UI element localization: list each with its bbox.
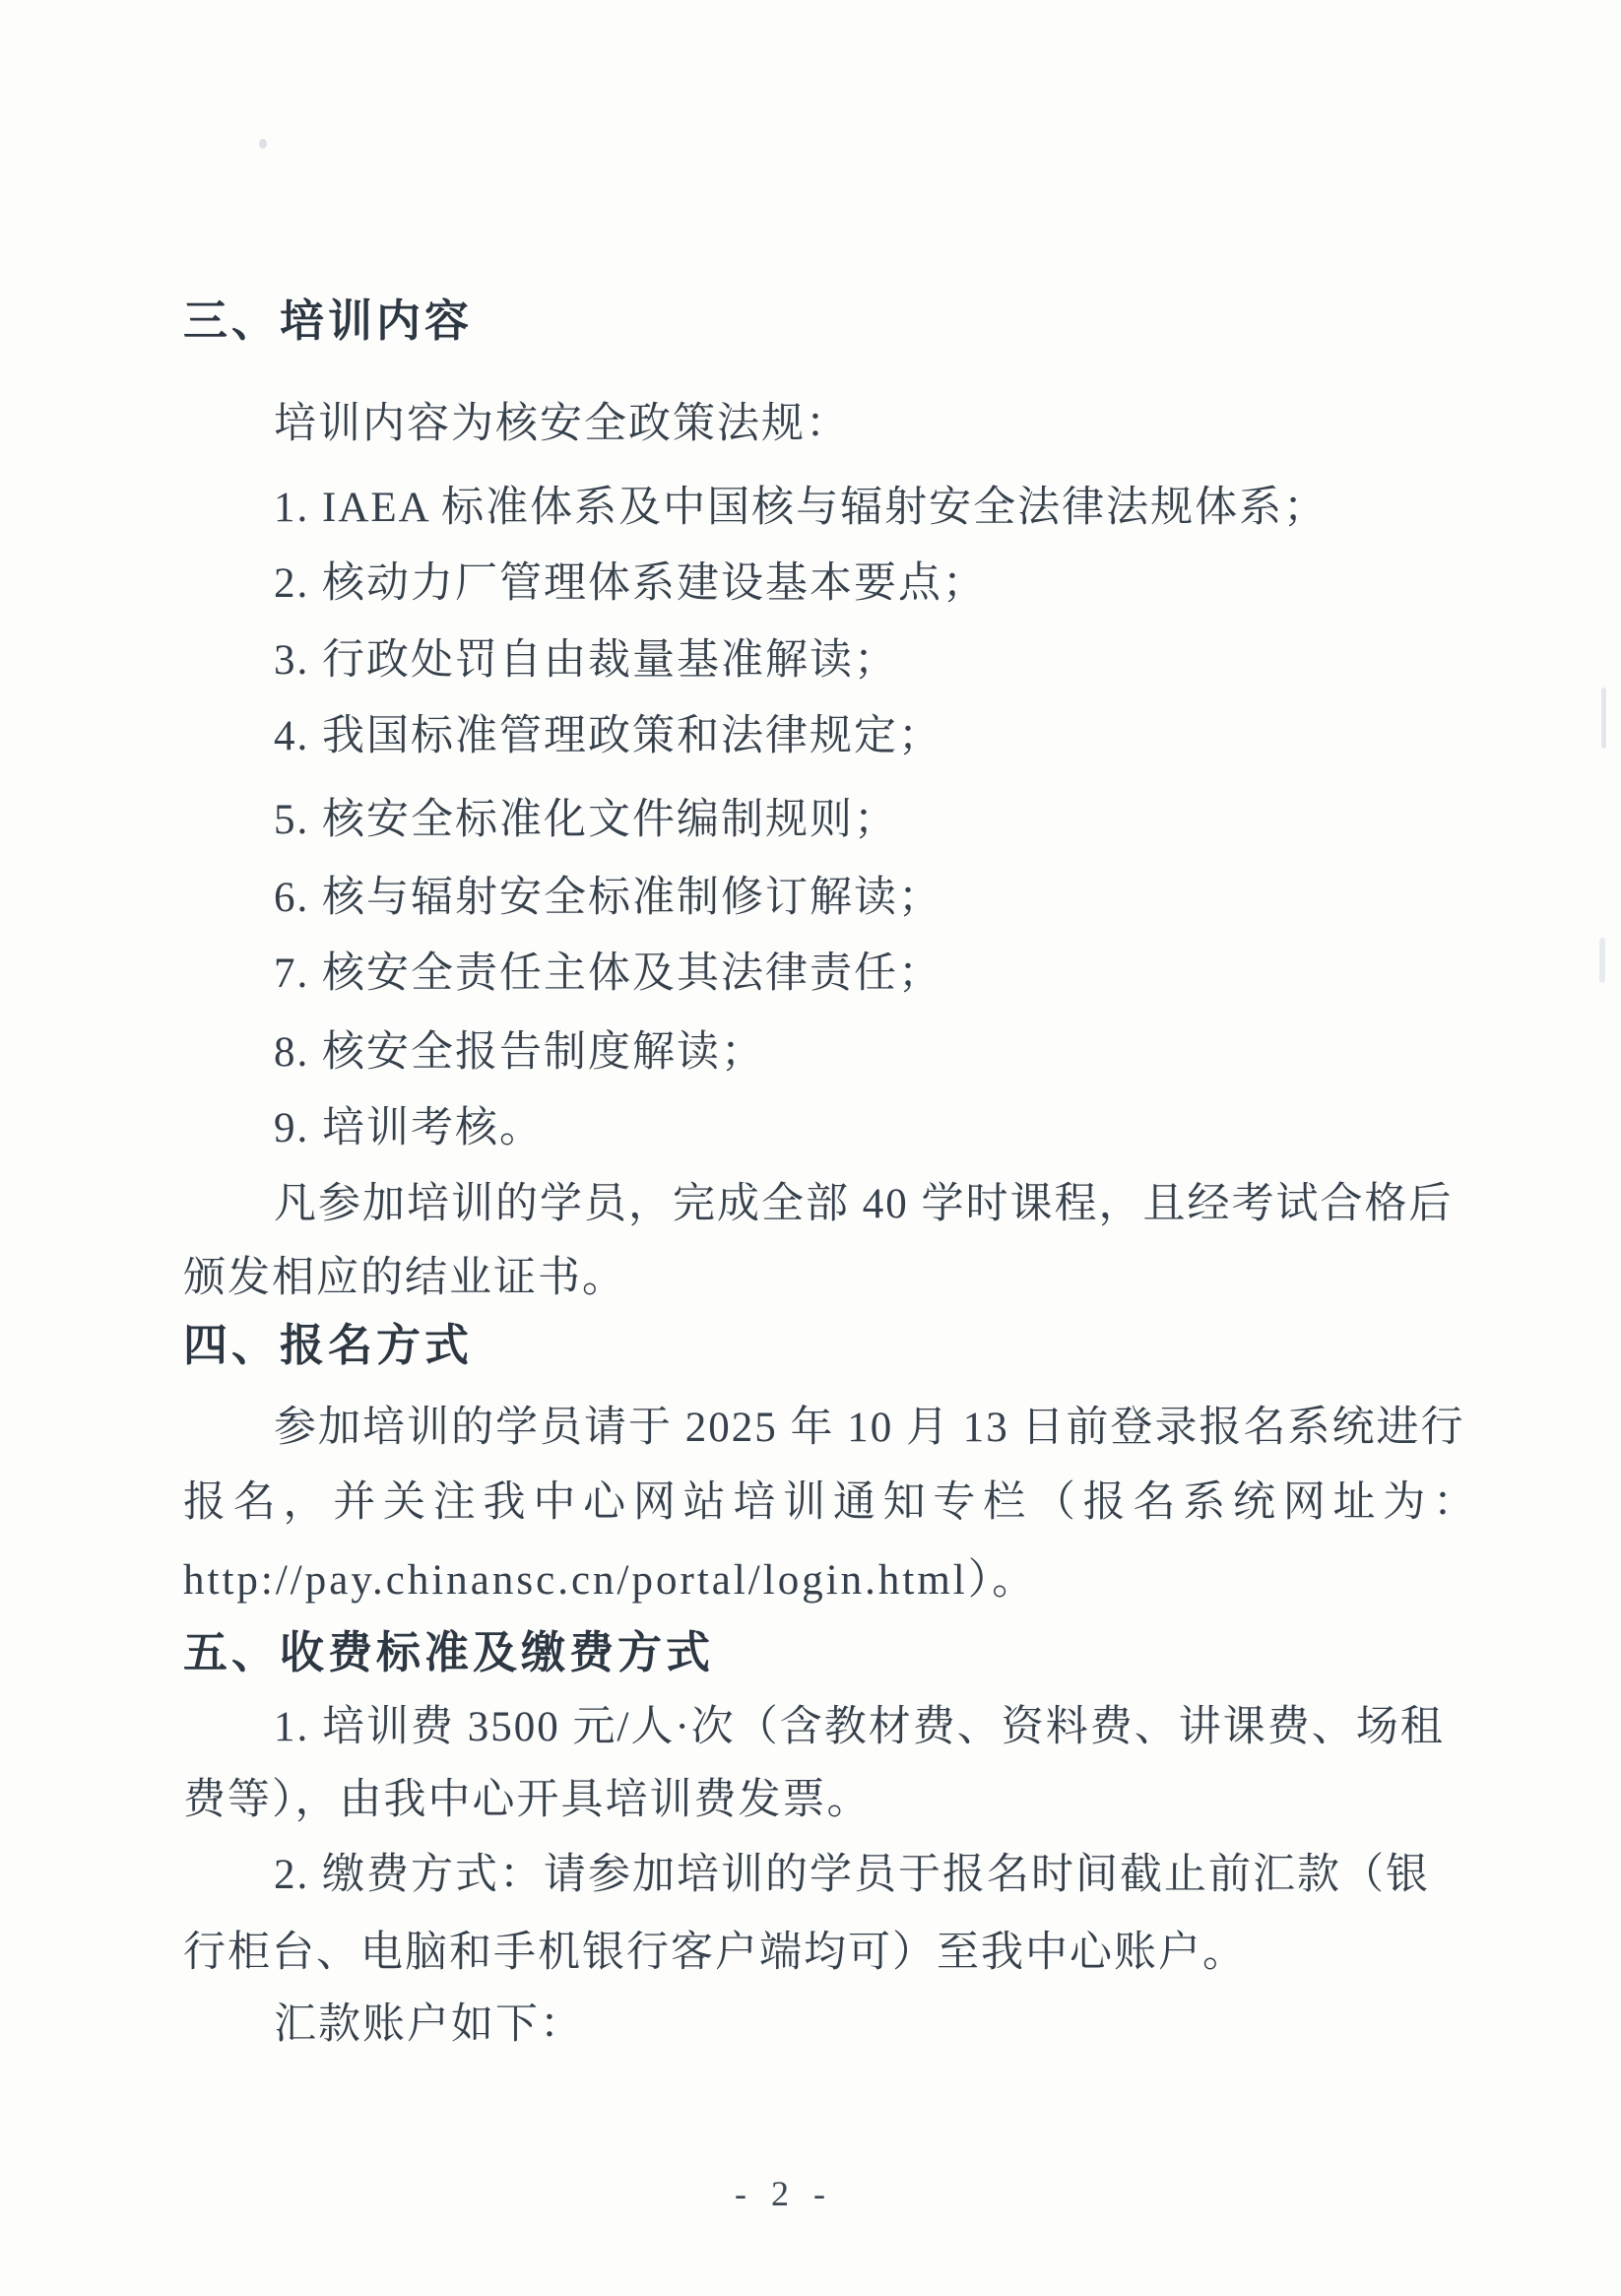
document-page: 三、培训内容 培训内容为核安全政策法规： 1. IAEA 标准体系及中国核与辐射… [0,0,1621,2296]
paragraph-line: 颁发相应的结业证书。 [183,1252,626,1305]
page-number: - 2 - [735,2173,833,2214]
paragraph-line: 报名，并关注我中心网站培训通知专栏（报名系统网址为： [183,1476,1477,1530]
paragraph-line: 费等），由我中心开具培训费发票。 [183,1774,872,1827]
section-heading-registration: 四、报名方式 [183,1319,473,1372]
section-heading-fees: 五、收费标准及缴费方式 [183,1626,714,1679]
scan-artifact-streak [1601,688,1606,749]
list-item: 4. 我国标准管理政策和法律规定； [274,710,942,763]
paragraph-line: 凡参加培训的学员，完成全部 40 学时课程，且经考试合格后 [274,1178,1454,1231]
list-item: 8. 核安全报告制度解读； [274,1026,765,1080]
paragraph-line: 1. 培训费 3500 元/人·次（含教材费、资料费、讲课费、场租 [274,1701,1445,1754]
section-heading-training-content: 三、培训内容 [183,295,473,348]
registration-url-text: http://pay.chinansc.cn/portal/login.html… [183,1554,1037,1607]
scan-artifact-dot [259,139,267,149]
list-item: 3. 行政处罚自由裁量基准解读； [274,634,898,688]
list-item: 2. 核动力厂管理体系建设基本要点； [274,558,987,611]
paragraph-line: 行柜台、电脑和手机银行客户端均可）至我中心账户。 [183,1927,1247,1980]
paragraph-line: 汇款账户如下： [274,1999,584,2052]
paragraph-line: 2. 缴费方式：请参加培训的学员于报名时间截止前汇款（银 [274,1849,1430,1902]
scan-artifact-streak [1599,938,1605,983]
paragraph-line: 参加培训的学员请于 2025 年 10 月 13 日前登录报名系统进行 [274,1402,1465,1455]
list-item: 7. 核安全责任主体及其法律责任； [274,948,942,1001]
list-item: 9. 培训考核。 [274,1102,544,1155]
list-item: 1. IAEA 标准体系及中国核与辐射安全法律法规体系； [274,482,1328,535]
list-item: 6. 核与辐射安全标准制修订解读； [274,872,942,925]
paragraph-line: 培训内容为核安全政策法规： [274,398,850,451]
list-item: 5. 核安全标准化文件编制规则； [274,794,898,847]
